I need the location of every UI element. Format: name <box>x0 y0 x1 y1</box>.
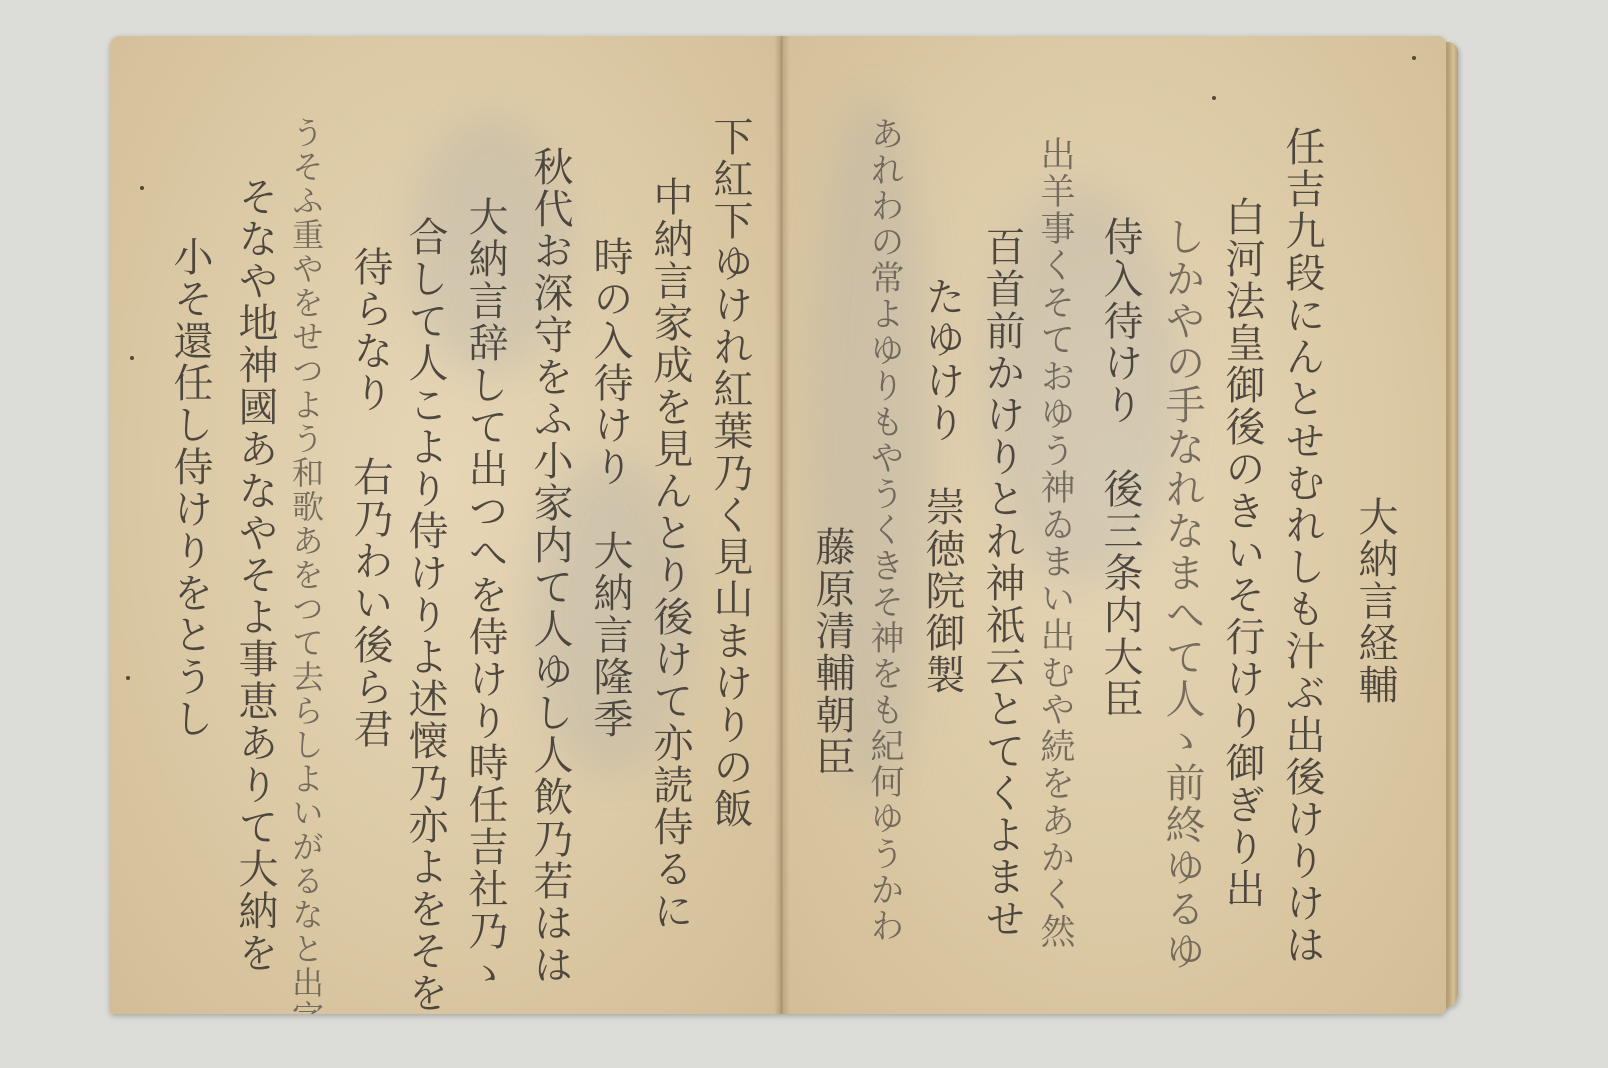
text-column: 侍入待けり 後三条内大臣 <box>1100 216 1140 720</box>
text-column: 任吉九段にんとせむれしも汁ぶ出後けりけは <box>1282 126 1322 966</box>
text-column: あれわの常よゆりもやうくきそ神をも紀何ゆうかわ <box>867 116 901 944</box>
text-column: しかやの手なれなまへて人ゝ前終ゆるゆ <box>1162 216 1202 972</box>
text-column: 小そ還任し侍けりをとうし <box>170 236 210 740</box>
text-column: 時の入待けり 大納言隆季 <box>590 236 630 740</box>
text-column: 中納言家成を見んとり後けて亦読侍るに <box>650 176 690 932</box>
text-column: 秋代お深守をふ小家内て人ゆし人飲乃若はは <box>530 146 570 986</box>
worm-hole <box>1212 96 1216 100</box>
text-column: 白河法皇御後のきいそ行けり御ぎり出 <box>1222 196 1262 910</box>
text-column: 出羊事くそておゆう神ゐまい出むや続をあかく然 <box>1037 136 1072 950</box>
text-column: 合して人こより侍けりよ述懐乃亦よをそを <box>405 216 445 1014</box>
worm-hole <box>140 186 144 190</box>
text-column: 百首前かけりとれ神祇云とてくよませ <box>982 226 1022 940</box>
open-manuscript-book: 下紅下ゆけれ紅葉乃く見山まけりの飯 中納言家成を見んとり後けて亦読侍るに 時の入… <box>110 36 1470 1036</box>
text-column: 大納言辞して出つへを侍けり時任吉社乃ゝ <box>465 196 505 994</box>
text-column: 藤原清輔朝臣 <box>812 526 852 778</box>
left-page: 下紅下ゆけれ紅葉乃く見山まけりの飯 中納言家成を見んとり後けて亦読侍るに 時の入… <box>110 36 782 1014</box>
text-column: そなや地神國あなやそよ事恵ありて大納を <box>235 176 275 974</box>
text-column: 待らなり 右乃わい後ら君 <box>350 246 390 750</box>
text-column: たゆけり 崇徳院御製 <box>922 276 962 696</box>
text-column: うそふ重やをせつよう和歌あをつて去らしよいがるなと出字 <box>290 116 322 1014</box>
worm-hole <box>126 676 130 680</box>
section-heading-column: 大納言経輔 <box>1355 496 1395 706</box>
worm-hole <box>130 356 134 360</box>
book-gutter-spine <box>774 36 790 1014</box>
right-page: 大納言経輔 任吉九段にんとせむれしも汁ぶ出後けりけは 白河法皇御後のきいそ行けり… <box>782 36 1446 1014</box>
worm-hole <box>1412 56 1416 60</box>
text-column: 下紅下ゆけれ紅葉乃く見山まけりの飯 <box>710 116 750 830</box>
